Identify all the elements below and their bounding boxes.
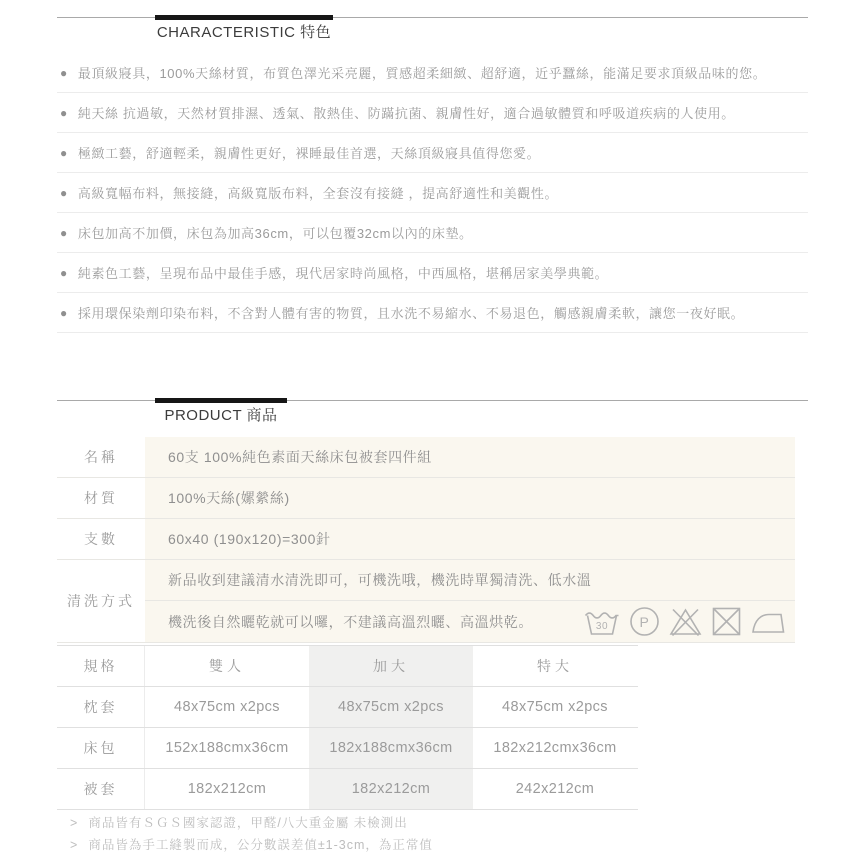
spec-value: 48x75cm x2pcs xyxy=(309,687,473,727)
row-label: 材質 xyxy=(57,478,145,518)
spec-value: 182x212cm xyxy=(309,769,473,809)
bullet-dot-icon: ● xyxy=(60,226,68,240)
spec-value: 182x212cmx36cm xyxy=(473,728,637,768)
feature-text: 高級寬幅布料，無接縫，高級寬版布料，全套沒有接縫 ，提高舒適性和美觀性。 xyxy=(78,183,558,202)
list-item: ●純天絲 抗過敏，天然材質排濕、透氣、散熱佳、防蹣抗菌、親膚性好，適合過敏體質和… xyxy=(57,93,808,133)
table-row: 被套 182x212cm 182x212cm 242x212cm xyxy=(57,769,638,810)
list-item: ●極緻工藝，舒適輕柔，親膚性更好，裸睡最佳首選，天絲頂級寢具值得您愛。 xyxy=(57,133,808,173)
no-bleach-icon xyxy=(669,606,702,637)
list-item: ●純素色工藝，呈現布品中最佳手感，現代居家時尚風格，中西風格，堪稱居家美學典範。 xyxy=(57,253,808,293)
no-tumble-dry-icon xyxy=(711,606,742,637)
svg-text:30: 30 xyxy=(596,621,608,632)
row-value: 60x40 (190x120)=300針 xyxy=(145,519,795,559)
table-row: 床包 152x188cmx36cm 182x188cmx36cm 182x212… xyxy=(57,728,638,769)
feature-text: 採用環保染劑印染布料，不含對人體有害的物質，且水洗不易縮水、不易退色，觸感親膚柔… xyxy=(78,303,744,322)
column-header: 規格 xyxy=(57,646,145,686)
row-label: 支數 xyxy=(57,519,145,559)
table-row: 支數 60x40 (190x120)=300針 xyxy=(57,519,795,560)
product-title: PRODUCT 商品 xyxy=(155,404,287,425)
row-value: 100%天絲(嫘縈絲) xyxy=(145,478,795,518)
list-item: ●最頂級寢具，100%天絲材質，布質色澤光采亮麗，質感超柔細緻、超舒適，近乎蠶絲… xyxy=(57,53,808,93)
footer-notes: > 商品皆有ＳＧＳ國家認證，甲醛/八大重金屬 未檢測出 > 商品皆為手工縫製而成… xyxy=(70,815,433,859)
list-item: ●高級寬幅布料，無接縫，高級寬版布料，全套沒有接縫 ，提高舒適性和美觀性。 xyxy=(57,173,808,213)
row-label: 名稱 xyxy=(57,437,145,477)
spec-value: 182x212cm xyxy=(145,769,309,809)
bullet-dot-icon: ● xyxy=(60,106,68,120)
bullet-dot-icon: ● xyxy=(60,66,68,80)
wash-instruction-line: 機洗後自然曬乾就可以囉，不建議高溫烈曬、高溫烘乾。 30 P xyxy=(145,601,795,642)
size-spec-table: 規格 雙人 加大 特大 枕套 48x75cm x2pcs 48x75cm x2p… xyxy=(57,645,638,810)
row-label: 清洗方式 xyxy=(57,560,145,642)
spec-value: 48x75cm x2pcs xyxy=(473,687,637,727)
bullet-dot-icon: ● xyxy=(60,186,68,200)
spec-header-row: 規格 雙人 加大 特大 xyxy=(57,646,638,687)
feature-text: 純素色工藝，呈現布品中最佳手感，現代居家時尚風格，中西風格，堪稱居家美學典範。 xyxy=(78,263,608,282)
section-accent-bar xyxy=(155,398,287,403)
bullet-dot-icon: ● xyxy=(60,306,68,320)
column-header: 加大 xyxy=(309,646,473,686)
dryclean-p-icon: P xyxy=(629,606,660,637)
spec-value: 242x212cm xyxy=(473,769,637,809)
table-row: 名稱 60支 100%純色素面天絲床包被套四件組 xyxy=(57,437,795,478)
wash-instruction-line: 新品收到建議清水清洗即可，可機洗哦，機洗時單獨清洗、低水溫 xyxy=(145,560,795,601)
product-section-header: PRODUCT 商品 xyxy=(57,400,808,401)
row-value: 60支 100%純色素面天絲床包被套四件組 xyxy=(145,437,795,477)
svg-text:P: P xyxy=(640,614,650,630)
spec-value: 48x75cm x2pcs xyxy=(145,687,309,727)
note-prefix: > xyxy=(70,815,78,831)
characteristic-section-header: CHARACTERISTIC 特色 xyxy=(57,17,808,18)
feature-list: ●最頂級寢具，100%天絲材質，布質色澤光采亮麗，質感超柔細緻、超舒適，近乎蠶絲… xyxy=(57,53,808,333)
note-line: > 商品皆有ＳＧＳ國家認證，甲醛/八大重金屬 未檢測出 xyxy=(70,815,433,831)
list-item: ●床包加高不加價，床包為加高36cm，可以包覆32cm以內的床墊。 xyxy=(57,213,808,253)
column-header: 特大 xyxy=(473,646,637,686)
iron-icon xyxy=(751,608,785,635)
note-line: > 商品皆為手工縫製而成，公分數誤差值±1-3cm，為正常值 xyxy=(70,837,433,853)
column-header: 雙人 xyxy=(145,646,309,686)
spec-value: 182x188cmx36cm xyxy=(309,728,473,768)
wash-instruction-text: 機洗後自然曬乾就可以囉，不建議高溫烈曬、高溫烘乾。 xyxy=(168,612,533,632)
bullet-dot-icon: ● xyxy=(60,266,68,280)
feature-text: 最頂級寢具，100%天絲材質，布質色澤光采亮麗，質感超柔細緻、超舒適，近乎蠶絲，… xyxy=(78,63,766,82)
note-text: 商品皆為手工縫製而成，公分數誤差值±1-3cm，為正常值 xyxy=(88,837,433,853)
feature-text: 極緻工藝，舒適輕柔，親膚性更好，裸睡最佳首選，天絲頂級寢具值得您愛。 xyxy=(78,143,540,162)
list-item: ●採用環保染劑印染布料，不含對人體有害的物質，且水洗不易縮水、不易退色，觸感親膚… xyxy=(57,293,808,333)
laundry-care-icons: 30 P xyxy=(584,606,795,637)
row-label: 被套 xyxy=(57,769,145,809)
wash-instructions-row: 清洗方式 新品收到建議清水清洗即可，可機洗哦，機洗時單獨清洗、低水溫 機洗後自然… xyxy=(57,560,795,643)
product-description-page: CHARACTERISTIC 特色 ●最頂級寢具，100%天絲材質，布質色澤光采… xyxy=(0,0,865,865)
table-row: 材質 100%天絲(嫘縈絲) xyxy=(57,478,795,519)
note-text: 商品皆有ＳＧＳ國家認證，甲醛/八大重金屬 未檢測出 xyxy=(88,815,407,831)
characteristic-title: CHARACTERISTIC 特色 xyxy=(155,21,333,42)
row-label: 床包 xyxy=(57,728,145,768)
product-info-table: 名稱 60支 100%純色素面天絲床包被套四件組 材質 100%天絲(嫘縈絲) … xyxy=(57,437,795,643)
wash-30-icon: 30 xyxy=(584,606,620,637)
wash-instructions: 新品收到建議清水清洗即可，可機洗哦，機洗時單獨清洗、低水溫 機洗後自然曬乾就可以… xyxy=(145,560,795,642)
feature-text: 純天絲 抗過敏，天然材質排濕、透氣、散熱佳、防蹣抗菌、親膚性好，適合過敏體質和呼… xyxy=(78,103,735,122)
note-prefix: > xyxy=(70,837,78,853)
spec-value: 152x188cmx36cm xyxy=(145,728,309,768)
bullet-dot-icon: ● xyxy=(60,146,68,160)
table-row: 枕套 48x75cm x2pcs 48x75cm x2pcs 48x75cm x… xyxy=(57,687,638,728)
row-label: 枕套 xyxy=(57,687,145,727)
feature-text: 床包加高不加價，床包為加高36cm，可以包覆32cm以內的床墊。 xyxy=(78,223,473,242)
section-accent-bar xyxy=(155,15,333,20)
